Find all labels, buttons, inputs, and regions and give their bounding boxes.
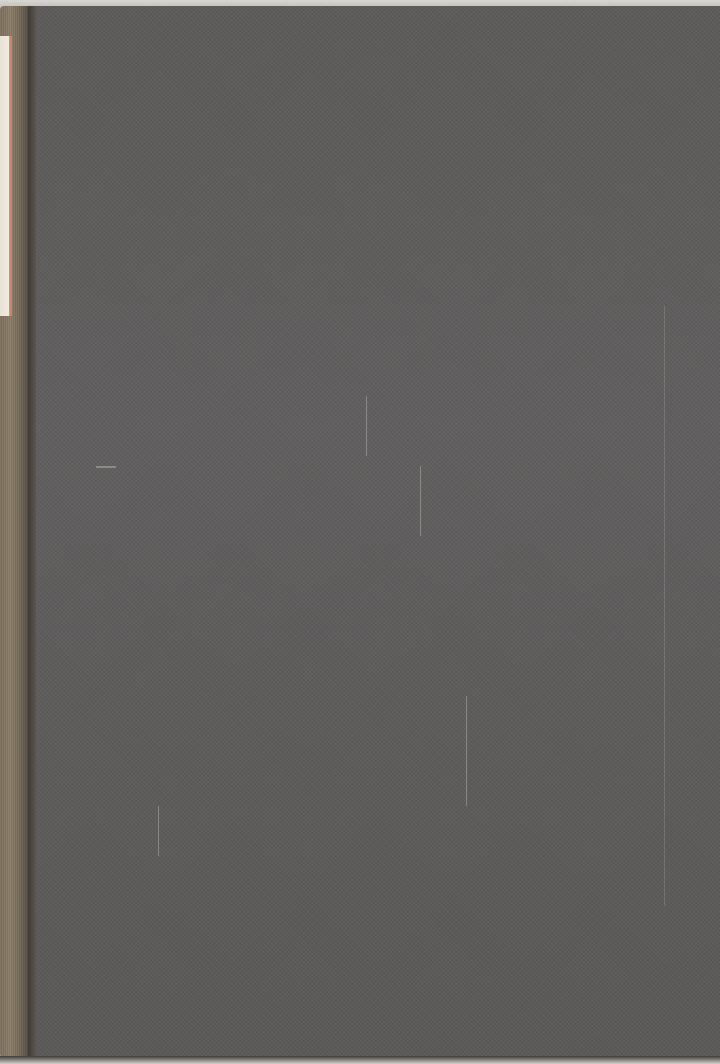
cloth-thread [420, 466, 421, 536]
book-spine [0, 6, 30, 1058]
background-surface-bottom [0, 1056, 720, 1064]
spine-label [0, 36, 12, 316]
book [0, 6, 720, 1064]
cloth-thread [96, 466, 116, 468]
cloth-thread [664, 306, 665, 906]
cloth-thread [366, 396, 367, 456]
book-front-cover [36, 6, 720, 1056]
cloth-thread [158, 806, 159, 856]
cloth-thread [466, 696, 467, 806]
